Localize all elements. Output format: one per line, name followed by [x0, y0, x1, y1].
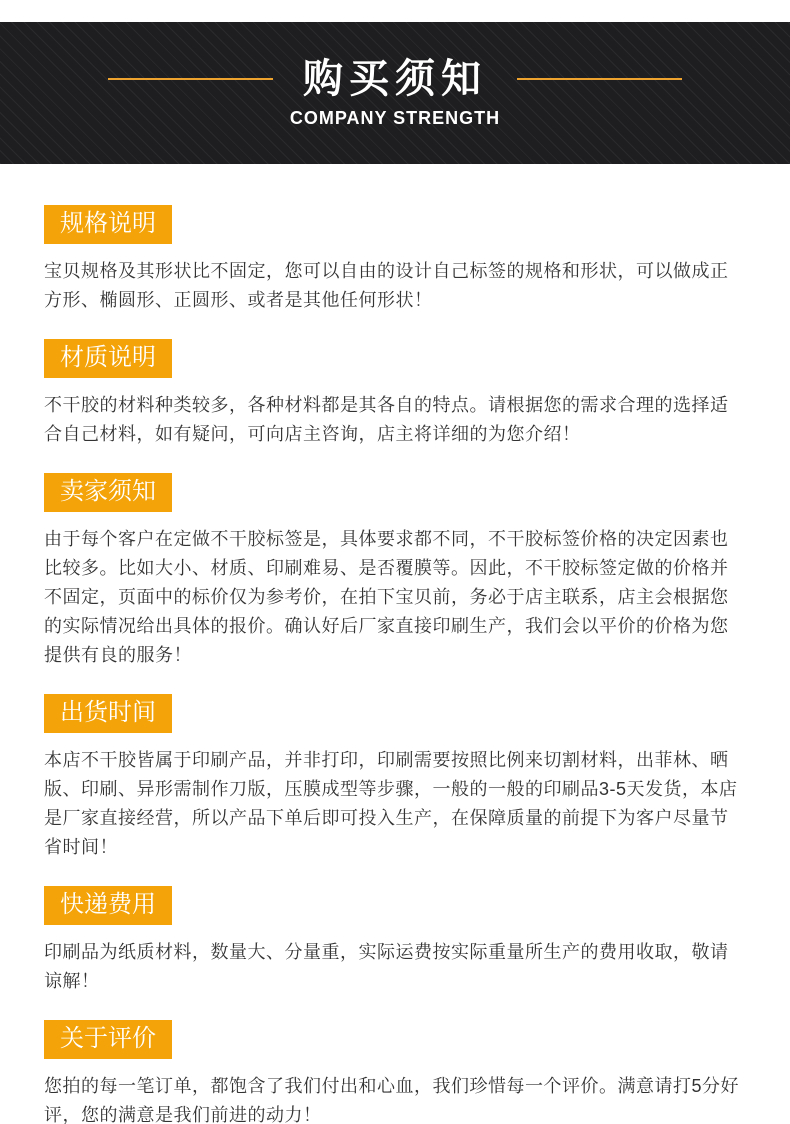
- section-shipping-time-body: 本店不干胶皆属于印刷产品，并非打印，印刷需要按照比例来切割材料，出菲林、晒版、印…: [44, 746, 745, 862]
- section-shipping-time: 出货时间 本店不干胶皆属于印刷产品，并非打印，印刷需要按照比例来切割材料，出菲林…: [44, 694, 745, 862]
- section-express-fee-badge: 快递费用: [44, 886, 172, 925]
- section-seller-notice: 卖家须知 由于每个客户在定做不干胶标签是，具体要求都不同，不干胶标签价格的决定因…: [44, 473, 745, 670]
- section-material: 材质说明 不干胶的材料种类较多，各种材料都是其各自的特点。请根据您的需求合理的选…: [44, 339, 745, 449]
- page-subtitle: COMPANY STRENGTH: [290, 109, 500, 127]
- section-reviews: 关于评价 您拍的每一笔订单，都饱含了我们付出和心血，我们珍惜每一个评价。满意请打…: [44, 1020, 745, 1124]
- section-spec-badge: 规格说明: [44, 205, 172, 244]
- title-divider-right: [517, 78, 682, 80]
- sections-container: 规格说明 宝贝规格及其形状比不固定，您可以自由的设计自己标签的规格和形状，可以做…: [0, 164, 790, 1124]
- section-spec: 规格说明 宝贝规格及其形状比不固定，您可以自由的设计自己标签的规格和形状，可以做…: [44, 205, 745, 315]
- purchase-notice-page: 购买须知 COMPANY STRENGTH 规格说明 宝贝规格及其形状比不固定，…: [0, 0, 790, 1124]
- section-spec-body: 宝贝规格及其形状比不固定，您可以自由的设计自己标签的规格和形状，可以做成正方形、…: [44, 257, 745, 315]
- section-express-fee: 快递费用 印刷品为纸质材料，数量大、分量重，实际运费按实际重量所生产的费用收取，…: [44, 886, 745, 996]
- header-banner: 购买须知 COMPANY STRENGTH: [0, 22, 790, 164]
- section-seller-notice-badge: 卖家须知: [44, 473, 172, 512]
- title-divider-left: [108, 78, 273, 80]
- section-material-body: 不干胶的材料种类较多，各种材料都是其各自的特点。请根据您的需求合理的选择适合自己…: [44, 391, 745, 449]
- section-material-badge: 材质说明: [44, 339, 172, 378]
- page-title: 购买须知: [303, 59, 487, 99]
- section-shipping-time-badge: 出货时间: [44, 694, 172, 733]
- section-express-fee-body: 印刷品为纸质材料，数量大、分量重，实际运费按实际重量所生产的费用收取，敬请谅解！: [44, 938, 745, 996]
- banner-title-row: 购买须知: [108, 59, 682, 99]
- section-reviews-badge: 关于评价: [44, 1020, 172, 1059]
- section-seller-notice-body: 由于每个客户在定做不干胶标签是，具体要求都不同，不干胶标签价格的决定因素也比较多…: [44, 525, 745, 670]
- section-reviews-body: 您拍的每一笔订单，都饱含了我们付出和心血，我们珍惜每一个评价。满意请打5分好评，…: [44, 1072, 745, 1124]
